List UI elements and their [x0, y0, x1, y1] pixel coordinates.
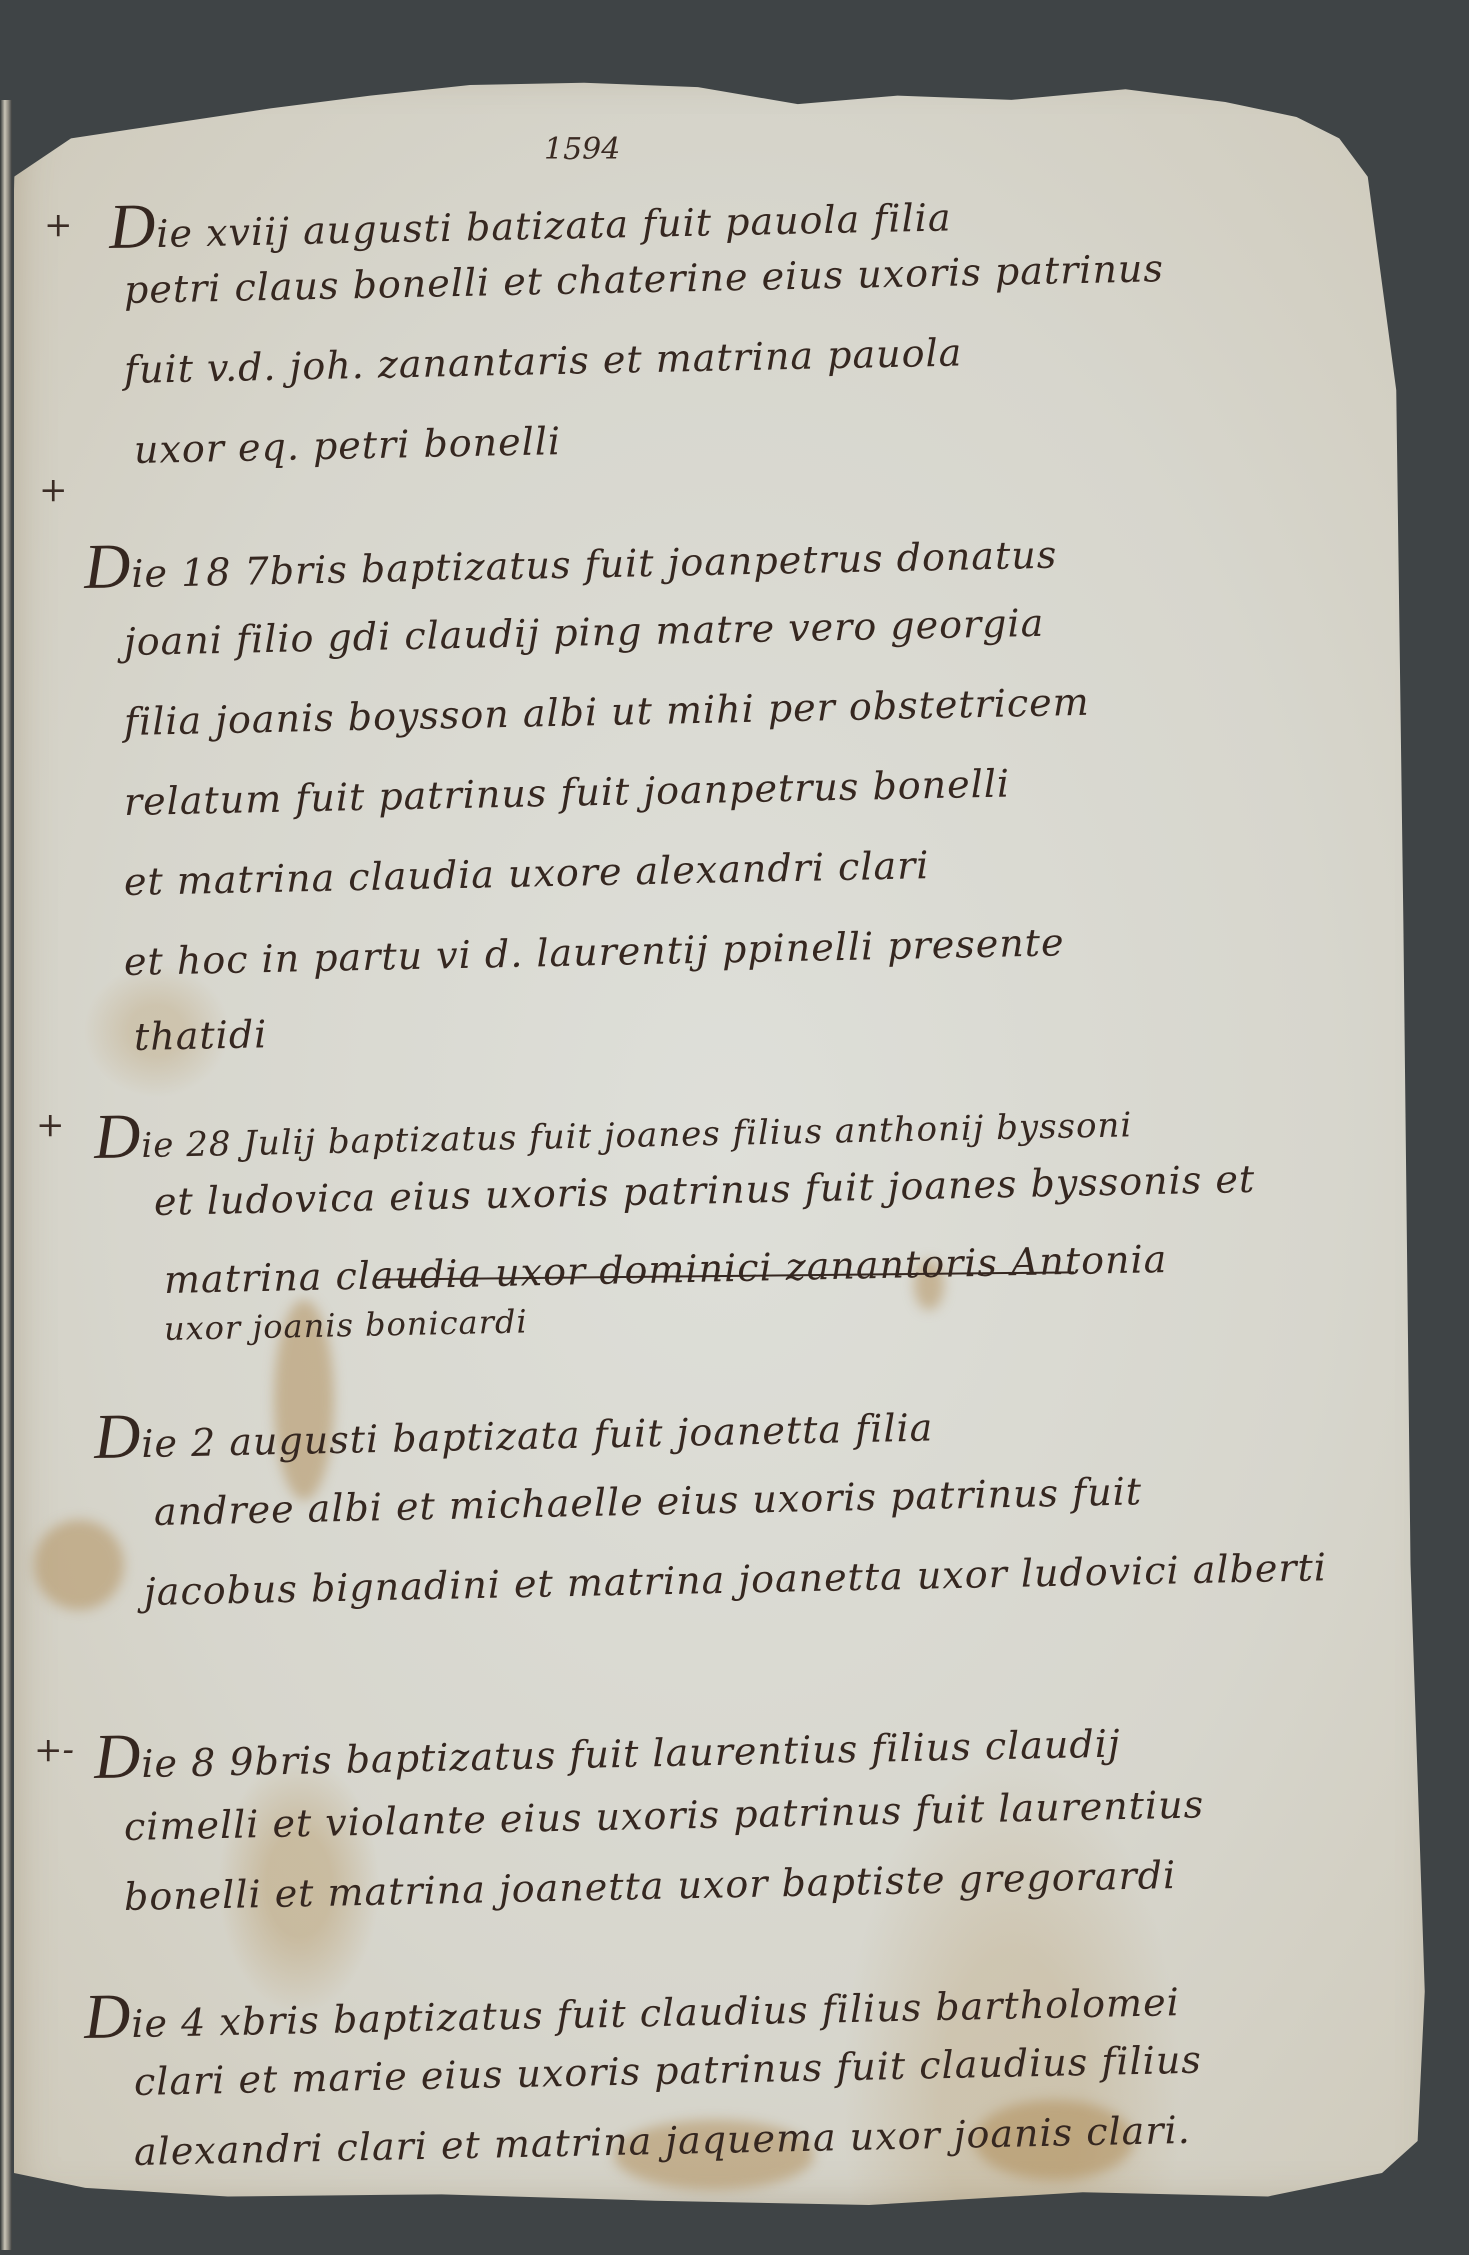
page-year: 1594	[544, 132, 620, 167]
manuscript-page: 1594 + Die xviij augusti batizata fuit p…	[14, 70, 1439, 2205]
entry-line-with-correction: matrina claudia uxor dominici zanantoris…	[164, 1237, 1168, 1302]
entry-line: et hoc in partu vi d. laurentij ppinelli…	[124, 920, 1065, 984]
entry-line: fuit v.d. joh. zanantaris et matrina pau…	[124, 330, 963, 392]
margin-cross-mark: +	[36, 1105, 65, 1145]
entry-line: Die 2 augusti baptizata fuit joanetta fi…	[93, 1382, 934, 1474]
book-binding-edge	[0, 100, 12, 2250]
entry-line: Die 4 xbris baptizatus fuit claudius fil…	[83, 1957, 1180, 2054]
entry-line: Die 18 7bris baptizatus fuit joanpetrus …	[83, 510, 1058, 604]
entry-line: et matrina claudia uxore alexandri clari	[124, 843, 930, 904]
margin-cross-mark: +	[39, 470, 68, 510]
margin-cross-mark: +	[44, 205, 73, 245]
entry-line: bonelli et matrina joanetta uxor baptist…	[124, 1853, 1177, 1919]
entry-line: jacobus bignadini et matrina joanetta ux…	[144, 1545, 1328, 1614]
entry-line: thatidi	[134, 1012, 268, 1059]
entry-line: joani filio gdi claudij ping matre vero …	[124, 601, 1045, 664]
entry-line: cimelli et violante eius uxoris patrinus…	[124, 1782, 1205, 1849]
entry-line: Die 28 Julij baptizatus fuit joanes fili…	[93, 1078, 1133, 1174]
water-stain	[34, 1520, 124, 1610]
entry-line: relatum fuit patrinus fuit joanpetrus bo…	[124, 761, 1011, 824]
entry-line: Die 8 9bris baptizatus fuit laurentius f…	[93, 1699, 1121, 1794]
entry-line: Die xviij augusti batizata fuit pauola f…	[108, 172, 952, 264]
margin-cross-mark: +-	[34, 1730, 74, 1770]
entry-line: uxor joanis bonicardi	[164, 1302, 528, 1348]
entry-line: uxor eq. petri bonelli	[134, 419, 562, 472]
entry-line: filia joanis boysson albi ut mihi per ob…	[124, 680, 1091, 744]
